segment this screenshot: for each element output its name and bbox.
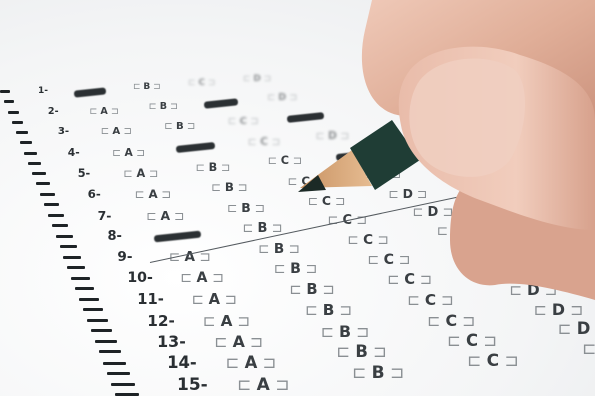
thumbnail: [409, 59, 525, 177]
hand-holding-pencil: [0, 0, 595, 396]
photo-scene: 1-⊏ B ⊐⊏ C ⊐⊏ D ⊐2-⊏ A ⊐⊏ B ⊐⊏ D ⊐3-⊏ A …: [0, 0, 595, 396]
